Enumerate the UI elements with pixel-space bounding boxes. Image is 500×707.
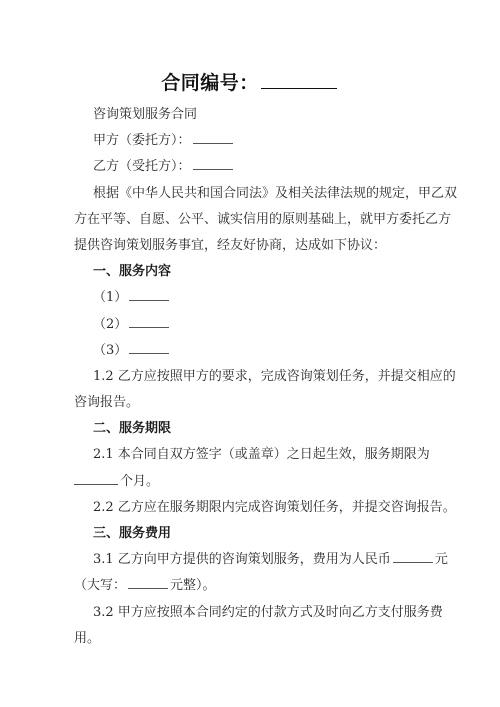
clause-3-1-prefix: 3.1 乙方向甲方提供的咨询策划服务，费用为人民币 bbox=[93, 552, 391, 567]
clause-3-1-line-2: （大写：元整）。 bbox=[74, 573, 434, 599]
party-a-blank bbox=[193, 131, 233, 144]
party-b-blank bbox=[193, 157, 233, 170]
clause-2-1-line-1: 2.1 本合同自双方签字（或盖章）之日起生效，服务期限为 bbox=[74, 442, 434, 468]
fee-uppercase-blank bbox=[128, 576, 168, 589]
service-item-1: （1） bbox=[74, 285, 434, 311]
contract-page: 合同编号： 咨询策划服务合同 甲方（委托方）： 乙方（受托方）： 根据《中华人民… bbox=[0, 0, 500, 707]
clause-3-1-suffix: 元 bbox=[435, 552, 448, 567]
party-b-label: 乙方（受托方）： bbox=[93, 159, 191, 174]
preamble-line-1: 根据《中华人民共和国合同法》及相关法律法规的规定，甲乙双 bbox=[74, 181, 434, 207]
service-item-3-label: （3） bbox=[93, 343, 127, 358]
contract-title: 合同编号： bbox=[0, 68, 500, 95]
fee-uppercase-suffix: 元整）。 bbox=[170, 578, 216, 593]
fee-uppercase-prefix: （大写： bbox=[74, 578, 126, 593]
clause-2-1-suffix: 个月。 bbox=[120, 474, 159, 489]
service-item-2: （2） bbox=[74, 312, 434, 338]
service-item-1-blank bbox=[129, 288, 169, 301]
service-item-3-blank bbox=[129, 341, 169, 354]
clause-1-2-line-2: 咨询报告。 bbox=[74, 390, 434, 416]
clause-2-1-line-2: 个月。 bbox=[74, 469, 434, 495]
clause-3-2-line-1: 3.2 甲方应按照本合同约定的付款方式及时向乙方支付服务费 bbox=[74, 600, 434, 626]
service-item-2-blank bbox=[129, 315, 169, 328]
service-item-1-label: （1） bbox=[93, 290, 127, 305]
fee-amount-blank bbox=[393, 550, 433, 563]
party-b-line: 乙方（受托方）： bbox=[74, 154, 434, 180]
clause-1-2-line-1: 1.2 乙方应按照甲方的要求，完成咨询策划任务，并提交相应的 bbox=[74, 364, 434, 390]
section-2-heading: 二、服务期限 bbox=[74, 416, 434, 442]
clause-3-1-line-1: 3.1 乙方向甲方提供的咨询策划服务，费用为人民币元 bbox=[74, 547, 434, 573]
preamble-line-2: 方在平等、自愿、公平、诚实信用的原则基础上，就甲方委托乙方 bbox=[74, 207, 434, 233]
contract-subtitle: 咨询策划服务合同 bbox=[74, 102, 434, 128]
contract-body: 咨询策划服务合同 甲方（委托方）： 乙方（受托方）： 根据《中华人民共和国合同法… bbox=[74, 102, 434, 652]
service-period-blank bbox=[74, 472, 118, 485]
party-a-label: 甲方（委托方）： bbox=[93, 133, 191, 148]
clause-3-2-line-2: 用。 bbox=[74, 626, 434, 652]
party-a-line: 甲方（委托方）： bbox=[74, 128, 434, 154]
service-item-3: （3） bbox=[74, 338, 434, 364]
section-1-heading: 一、服务内容 bbox=[74, 259, 434, 285]
contract-number-label: 合同编号： bbox=[161, 72, 259, 94]
clause-2-2: 2.2 乙方应在服务期限内完成咨询策划任务，并提交咨询报告。 bbox=[74, 495, 434, 521]
service-item-2-label: （2） bbox=[93, 317, 127, 332]
preamble-line-3: 提供咨询策划服务事宜，经友好协商，达成如下协议： bbox=[74, 233, 434, 259]
contract-number-blank bbox=[261, 70, 337, 89]
section-3-heading: 三、服务费用 bbox=[74, 521, 434, 547]
